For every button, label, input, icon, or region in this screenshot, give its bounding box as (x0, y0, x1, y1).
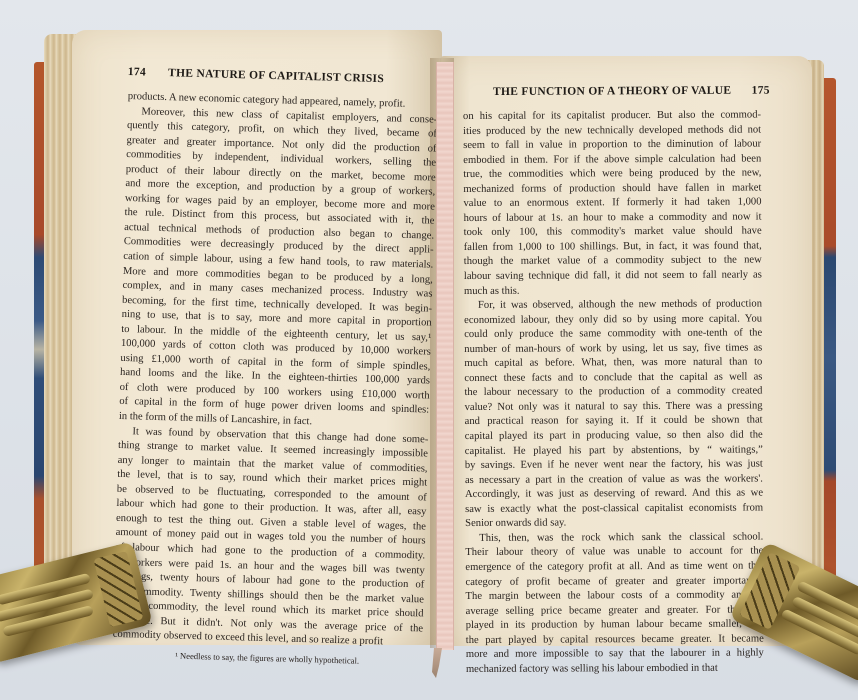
ribbon-frayed-end (432, 648, 442, 678)
text-line: the part played by capital resources bec… (466, 632, 764, 648)
text-line: ities produced by the new technically de… (463, 123, 761, 139)
text-line: played in its production by human labour… (466, 618, 764, 634)
text-line: emergence of the category profit at all.… (465, 559, 763, 575)
text-line: embodied in them. For if the above simpl… (463, 152, 761, 168)
text-line: could only produce the same commodity wi… (464, 327, 762, 343)
left-page-body-text: products. A new economic category had ap… (112, 90, 438, 670)
text-line: and practical reason for saying it. If i… (465, 414, 763, 430)
text-line: Senior onwards did say. (465, 516, 763, 532)
text-line: Accordingly, it was just as deserving of… (465, 487, 763, 503)
text-line: economized labour, they only did so by u… (464, 312, 762, 328)
text-line: average selling price became greater and… (466, 603, 764, 619)
right-page-header: THE FUNCTION OF A THEORY OF VALUE 175 (493, 85, 770, 98)
right-running-head: THE FUNCTION OF A THEORY OF VALUE (493, 85, 731, 98)
text-line: much as this. (464, 283, 762, 299)
text-line: the labour necessary to the production o… (464, 385, 762, 401)
text-line: by savings. Even if he never went near t… (465, 458, 763, 474)
ribbon-bookmark (436, 62, 454, 650)
text-line: more and more impossible to say that the… (466, 647, 764, 663)
text-line: seem to fall in value in proportion to t… (463, 138, 761, 154)
text-line: capital played its part in producing val… (465, 428, 763, 444)
text-line: For, it was observed, although the new m… (464, 298, 762, 314)
text-line: much capital as before. What, then, was … (464, 356, 762, 372)
left-page-number: 174 (128, 66, 146, 79)
text-line: took only 100, this commodity's market v… (464, 225, 762, 241)
text-line: value? Not only was it natural to say th… (465, 399, 763, 415)
text-line: number of man-hours of work by using, le… (464, 341, 762, 357)
text-line: true, the commodities which were being p… (463, 167, 761, 183)
text-line: fallen from 1,000 to 100 shillings. But,… (464, 239, 762, 255)
text-line: on his capital for its capitalist produc… (463, 108, 761, 124)
right-page-number: 175 (752, 85, 770, 97)
footnote: ¹ Needless to say, the figures are wholl… (112, 647, 422, 670)
text-line: This, then, was the rock which sank the … (465, 530, 763, 546)
text-line: saw is exactly what the post-classical c… (465, 501, 763, 517)
right-page-body-text: on his capital for its capitalist produc… (463, 108, 764, 677)
text-line: category of profit became of greater and… (465, 574, 763, 590)
text-line: mechanized factory was selling his labou… (466, 661, 764, 677)
text-line: mechanized forms of production should ha… (463, 181, 761, 197)
text-line: hours of labour at 1s. an hour to make a… (464, 210, 762, 226)
text-line: The margin between the labour costs of a… (466, 588, 764, 604)
text-line: Their labour theory of value was unable … (465, 545, 763, 561)
brass-cuff-pattern (93, 551, 143, 627)
text-line: capitalist. He played his part by absten… (465, 443, 763, 459)
text-line: value to an enormous extent. If formerly… (463, 196, 761, 212)
text-line: labour saving technique did fall, it did… (464, 268, 762, 284)
photo-scene: 174 THE NATURE OF CAPITALIST CRISIS THE … (0, 0, 858, 700)
text-line: though the market value of a commodity s… (464, 254, 762, 270)
text-line: connect these facts and to conclude that… (464, 370, 762, 386)
text-line: as necessary a part in the creation of v… (465, 472, 763, 488)
